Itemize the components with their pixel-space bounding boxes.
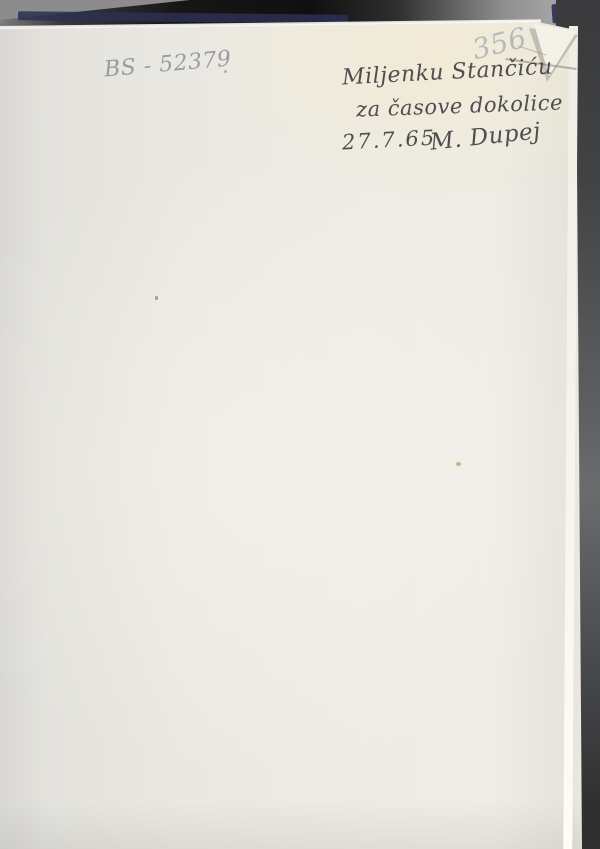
inscription-date: 27.7.65 [341, 126, 436, 155]
paper-speck-dot [224, 70, 227, 73]
paper-speck-olive [456, 462, 461, 466]
paper-bottom-shade [0, 800, 600, 849]
scanned-page: BS - 52379 356 Miljenku Stančiću za časo… [0, 0, 600, 849]
paper-speck-gray [155, 296, 158, 300]
